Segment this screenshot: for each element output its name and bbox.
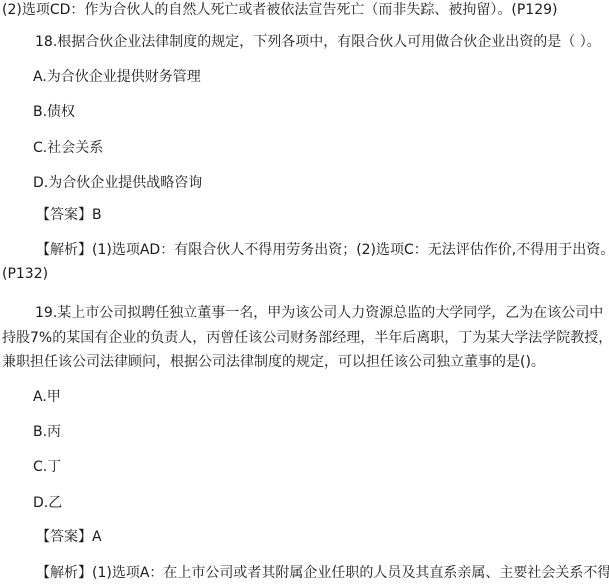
q18-answer: 【答案】B xyxy=(36,205,102,225)
watermark xyxy=(109,120,143,166)
question-19-stem-line1: 19.某上市公司拟聘任独立董事一名，甲为该公司人力资源总监的大学同学，乙为在该公… xyxy=(35,303,603,323)
analysis-label: 【解析】 xyxy=(36,565,92,581)
analysis-text: (1)选项AD：有限合伙人不得用劳务出资；(2)选项C：无法评估作价,不得用于出… xyxy=(92,242,609,258)
question-19-stem-line2: 持股7%的某国有企业的负责人，丙曾任该公司财务部经理，半年后离职，丁为某大学法学… xyxy=(2,328,609,348)
answer-label: 【答案】 xyxy=(36,207,92,223)
answer-label: 【答案】 xyxy=(36,529,92,545)
q19-option-a: A.甲 xyxy=(33,387,61,407)
question-19-stem-line3: 兼职担任该公司法律顾问，根据公司法律制度的规定，可以担任该公司独立董事的是()。 xyxy=(2,352,545,372)
analysis-label: 【解析】 xyxy=(36,242,92,258)
answer-value: A xyxy=(92,529,102,545)
q18-option-d: D.为合伙企业提供战略咨询 xyxy=(33,173,202,193)
q18-option-a: A.为合伙企业提供财务管理 xyxy=(33,67,201,87)
analysis-text: (1)选项A：在上市公司或者其附属企业任职的人员及其直系亲属、主要社会关系不得 xyxy=(92,565,609,581)
q18-option-c: C.社会关系 xyxy=(33,138,103,158)
q18-analysis: 【解析】(1)选项AD：有限合伙人不得用劳务出资；(2)选项C：无法评估作价,不… xyxy=(36,240,609,260)
q19-answer: 【答案】A xyxy=(36,527,102,547)
question-18-stem: 18.根据合伙企业法律制度的规定，下列各项中，有限合伙人可用做合伙企业出资的是（… xyxy=(35,32,601,52)
q18-analysis-ref: (P132) xyxy=(2,264,48,284)
answer-value: B xyxy=(92,207,102,223)
q19-option-b: B.丙 xyxy=(33,422,61,442)
q19-option-d: D.乙 xyxy=(33,493,62,513)
q19-analysis: 【解析】(1)选项A：在上市公司或者其附属企业任职的人员及其直系亲属、主要社会关… xyxy=(36,563,609,583)
previous-analysis-tail: (2)选项CD：作为合伙人的自然人死亡或者被依法宣告死亡（而非失踪、被拘留）。(… xyxy=(2,0,557,20)
q18-option-b: B.债权 xyxy=(33,102,75,122)
q19-option-c: C.丁 xyxy=(33,457,61,477)
